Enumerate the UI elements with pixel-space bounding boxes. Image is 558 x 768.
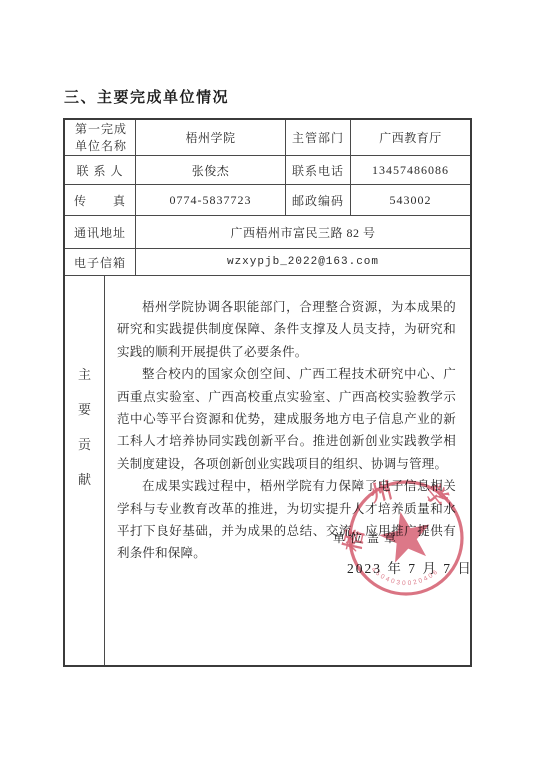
- contact-label: 联 系 人: [65, 156, 136, 184]
- section-title: 三、主要完成单位情况: [64, 86, 229, 107]
- scanned-document-page: 三、主要完成单位情况 第一完成 单位名称 梧州学院 主管部门 广西教育厅 联 系…: [0, 0, 558, 768]
- contribution-label-char: 贡: [78, 434, 91, 453]
- contact-value: 张俊杰: [136, 156, 286, 184]
- unit-name-label: 第一完成 单位名称: [65, 120, 136, 155]
- address-value: 广西梧州市富民三路 82 号: [136, 216, 470, 248]
- fax-label: 传 真: [65, 185, 136, 215]
- contribution-paragraph: 整合校内的国家众创空间、广西工程技术研究中心、广西重点实验室、广西高校重点实验室…: [117, 363, 456, 475]
- phone-label: 联系电话: [286, 156, 351, 184]
- unit-name-label-line2: 单位名称: [75, 138, 127, 154]
- email-label: 电子信箱: [65, 249, 136, 275]
- contribution-label: 主 要 贡 献: [65, 276, 105, 665]
- address-label: 通讯地址: [65, 216, 136, 248]
- zip-label: 邮政编码: [286, 185, 351, 215]
- fax-value: 0774-5837723: [136, 185, 286, 215]
- email-value: wzxypjb_2022@163.com: [136, 249, 470, 275]
- table-row: 通讯地址 广西梧州市富民三路 82 号: [65, 216, 470, 249]
- dept-value: 广西教育厅: [351, 120, 470, 155]
- unit-name-label-line1: 第一完成: [75, 121, 127, 137]
- seal-star-icon: [375, 506, 435, 564]
- contribution-label-char: 献: [78, 469, 91, 488]
- svg-text:4504030020406: 4504030020406: [370, 566, 441, 587]
- dept-label: 主管部门: [286, 120, 351, 155]
- zip-value: 543002: [351, 185, 470, 215]
- table-row: 第一完成 单位名称 梧州学院 主管部门 广西教育厅: [65, 120, 470, 156]
- official-seal-stamp: 梧州学院 4504030020406: [335, 467, 477, 609]
- phone-value: 13457486086: [351, 156, 470, 184]
- contribution-label-char: 主: [78, 364, 91, 383]
- seal-serial-number: 4504030020406: [370, 566, 441, 587]
- contribution-paragraph: 梧州学院协调各职能部门，合理整合资源，为本成果的研究和实践提供制度保障、条件支撑…: [117, 296, 456, 363]
- table-row: 传 真 0774-5837723 邮政编码 543002: [65, 185, 470, 216]
- contribution-label-char: 要: [78, 399, 91, 418]
- table-row: 联 系 人 张俊杰 联系电话 13457486086: [65, 156, 470, 185]
- unit-name-value: 梧州学院: [136, 120, 286, 155]
- table-row: 电子信箱 wzxypjb_2022@163.com: [65, 249, 470, 276]
